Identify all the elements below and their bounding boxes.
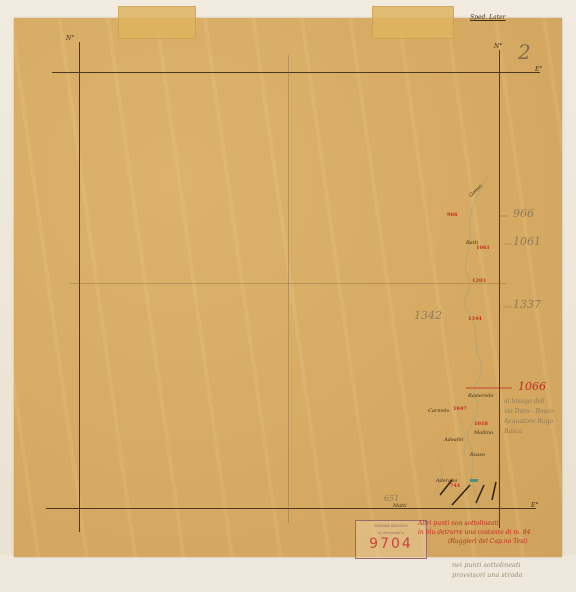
spot-height-red: 1047 xyxy=(453,406,467,412)
spot-height-red: 741 xyxy=(450,483,460,489)
place-label: Mallino xyxy=(474,430,493,436)
note-line: provvisori una strada xyxy=(452,570,522,580)
place-label: Rasieredo xyxy=(468,393,494,399)
place-label: Matti xyxy=(393,503,407,509)
stamp-line-1: SEZIONE ARCHIVIO xyxy=(356,524,426,528)
note-line: (Ruggieri del Cap.no Tesi) xyxy=(418,537,530,546)
elevation-red-margin: 1066 xyxy=(518,380,546,393)
note-line: in blu detrarre una costante di m. 84 xyxy=(418,528,530,537)
spot-height-red: 1061 xyxy=(476,245,490,251)
coastline-sketch xyxy=(0,0,576,592)
elevation-pencil: 1061 xyxy=(513,235,541,248)
note-line: Rasca xyxy=(504,427,554,437)
spot-height-red: 1344 xyxy=(468,316,482,322)
place-label: Russo xyxy=(470,452,485,458)
note-line: via Daro - Rosco xyxy=(504,407,554,417)
spot-height-red: 966 xyxy=(447,212,457,218)
stamp-number: 9704 xyxy=(356,536,426,552)
elevation-pencil: 651 xyxy=(384,494,399,503)
spot-height-red: 1018 xyxy=(474,421,488,427)
note-line: Altri punti non sottolineati xyxy=(418,519,530,528)
pencil-note-right: al bivago dell via Daro - Rosco Acquator… xyxy=(504,397,554,437)
elevation-pencil: 966 xyxy=(513,207,534,220)
red-note: Altri punti non sottolineati in blu detr… xyxy=(418,519,530,546)
pencil-note-bottom: nei punti sottolineati provvisori una st… xyxy=(452,560,522,580)
place-label: Adeafel xyxy=(444,437,463,443)
spot-height-red: 1203 xyxy=(472,278,486,284)
note-line: al bivago dell xyxy=(504,397,554,407)
note-line: nei punti sottolineati xyxy=(452,560,522,570)
note-line: Acquatore Rugo xyxy=(504,417,554,427)
stamp-line-2: N. d'inventario xyxy=(356,531,426,535)
place-label: Carmelo xyxy=(428,408,450,414)
elevation-pencil: 1337 xyxy=(513,298,541,311)
elevation-pencil: 1342 xyxy=(414,309,442,322)
archive-stamp: SEZIONE ARCHIVIO N. d'inventario 9704 xyxy=(355,520,427,559)
